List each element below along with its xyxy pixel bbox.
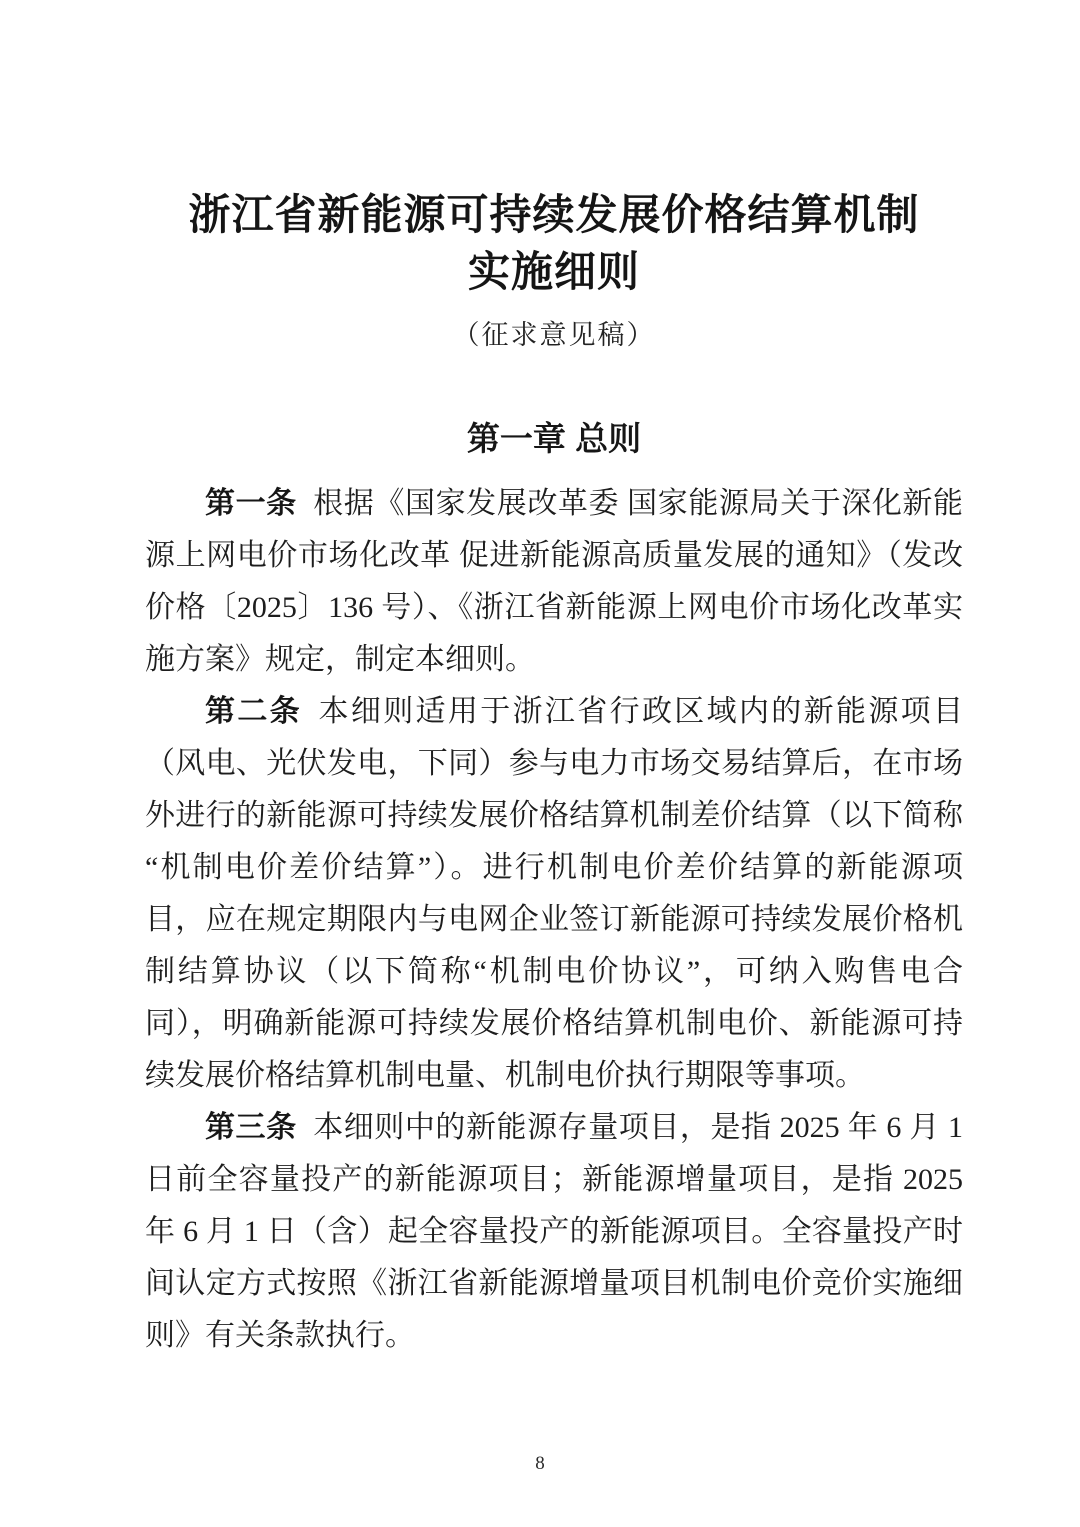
document-title-line-2: 实施细则 bbox=[145, 243, 963, 300]
article-2-text: 本细则适用于浙江省行政区域内的新能源项目（风电、光伏发电，下同）参与电力市场交易… bbox=[145, 695, 963, 1092]
article-3-text: 本细则中的新能源存量项目，是指 2025 年 6 月 1 日前全容量投产的新能源… bbox=[145, 1111, 963, 1352]
article-2-label: 第二条 bbox=[205, 695, 302, 728]
document-page: 浙江省新能源可持续发展价格结算机制 实施细则 （征求意见稿） 第一章 总则 第一… bbox=[0, 0, 1080, 1527]
page-content: 浙江省新能源可持续发展价格结算机制 实施细则 （征求意见稿） 第一章 总则 第一… bbox=[0, 0, 1080, 1362]
chapter-heading: 第一章 总则 bbox=[145, 416, 963, 462]
page-number: 8 bbox=[0, 1453, 1080, 1475]
document-title-line-1: 浙江省新能源可持续发展价格结算机制 bbox=[145, 186, 963, 243]
article-3-label: 第三条 bbox=[205, 1111, 297, 1144]
document-subtitle: （征求意见稿） bbox=[145, 316, 963, 354]
paragraph-article-3: 第三条本细则中的新能源存量项目，是指 2025 年 6 月 1 日前全容量投产的… bbox=[145, 1102, 963, 1362]
paragraph-article-1: 第一条根据《国家发展改革委 国家能源局关于深化新能源上网电价市场化改革 促进新能… bbox=[145, 478, 963, 686]
article-1-label: 第一条 bbox=[205, 487, 297, 520]
document-title: 浙江省新能源可持续发展价格结算机制 实施细则 bbox=[145, 186, 963, 300]
document-body: 第一条根据《国家发展改革委 国家能源局关于深化新能源上网电价市场化改革 促进新能… bbox=[145, 478, 963, 1362]
paragraph-article-2: 第二条本细则适用于浙江省行政区域内的新能源项目（风电、光伏发电，下同）参与电力市… bbox=[145, 686, 963, 1102]
